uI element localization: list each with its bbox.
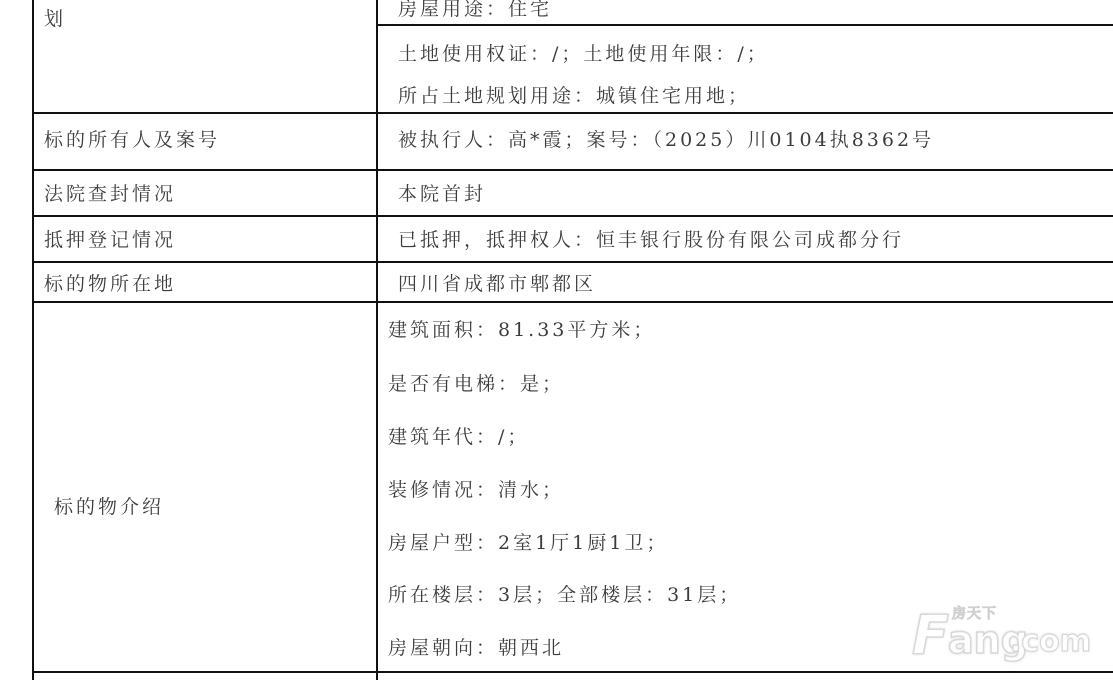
floor-value: 所在楼层：3层；全部楼层：31层； [388,583,741,607]
table-row-divider [32,261,1113,263]
layout-value: 房屋户型：2室1厅1厨1卫； [388,531,668,555]
row-label-planning: 划 [44,7,66,31]
table-row-divider [32,112,1113,114]
land-planning-use-value: 所占土地规划用途：城镇住宅用地； [398,84,750,108]
land-use-cert-value: 土地使用权证：/；土地使用年限：/； [398,42,769,66]
row-label-mortgage: 抵押登记情况 [44,228,176,252]
watermark-initial: F [912,608,949,664]
build-year-value: 建筑年代：/； [388,425,529,449]
court-seizure-value: 本院首封 [398,182,486,206]
table-row-divider [32,215,1113,217]
row-label-location: 标的物所在地 [44,272,176,296]
mortgage-value: 已抵押，抵押权人：恒丰银行股份有限公司成都分行 [398,228,904,252]
watermark-suffix: .com [1010,626,1091,658]
row-label-court-seizure: 法院查封情况 [44,182,176,206]
table-row-divider [32,169,1113,171]
fang-com-watermark-logo: F 房天下 ang .com [912,606,1102,666]
row-label-property-intro: 标的物介绍 [54,495,164,519]
owner-case-value: 被执行人：高*霞；案号：（2025）川0104执8362号 [398,128,934,152]
table-column-divider [376,0,378,680]
location-value: 四川省成都市郫都区 [398,272,596,296]
orientation-value: 房屋朝向：朝西北 [388,636,564,660]
row-label-owner-case: 标的所有人及案号 [44,128,220,152]
table-row-divider [32,301,1113,303]
table-left-border [32,0,34,680]
building-area-value: 建筑面积：81.33平方米； [388,318,655,342]
table-row-divider [32,671,1113,673]
decoration-value: 装修情况：清水； [388,478,564,502]
auction-listing-document: 划 房屋用途：住宅 土地使用权证：/；土地使用年限：/； 所占土地规划用途：城镇… [0,0,1113,680]
property-use-value: 房屋用途：住宅 [398,0,552,21]
elevator-value: 是否有电梯：是； [388,372,564,396]
table-row-divider [376,24,1113,26]
